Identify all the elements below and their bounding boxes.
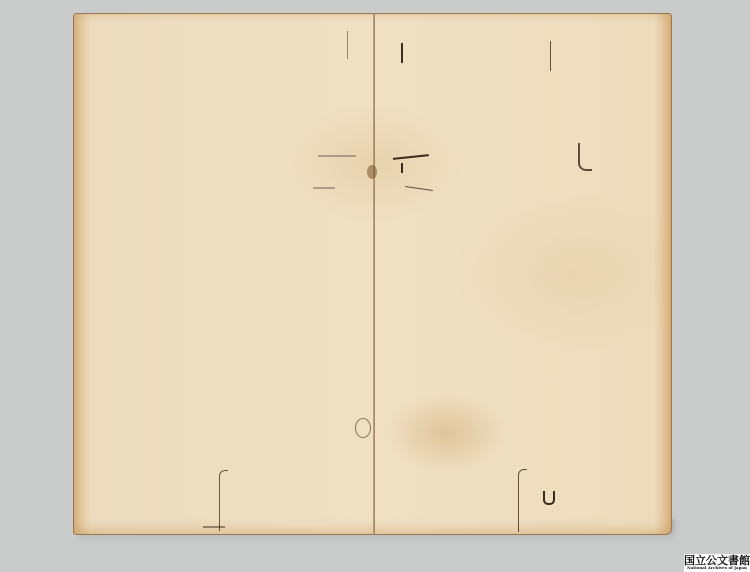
ink-mark [355, 418, 371, 438]
ink-mark [401, 43, 403, 63]
book-spine-fold [373, 13, 375, 535]
ink-mark [318, 155, 356, 157]
ink-mark [393, 154, 429, 162]
ink-mark [219, 470, 228, 531]
ink-mark [550, 41, 551, 71]
open-book-spread [73, 13, 672, 535]
ink-mark [401, 163, 403, 173]
ink-mark [203, 526, 225, 528]
watermark-title-en: National Archives of Japan [684, 566, 750, 570]
ink-mark [347, 31, 348, 59]
ink-mark [578, 143, 592, 171]
ink-mark [313, 187, 335, 189]
archive-watermark-logo: 国立公文書館 National Archives of Japan [684, 554, 750, 572]
ink-mark [543, 491, 555, 505]
ink-mark [405, 186, 433, 191]
stain [367, 165, 377, 179]
ink-mark [518, 469, 527, 532]
